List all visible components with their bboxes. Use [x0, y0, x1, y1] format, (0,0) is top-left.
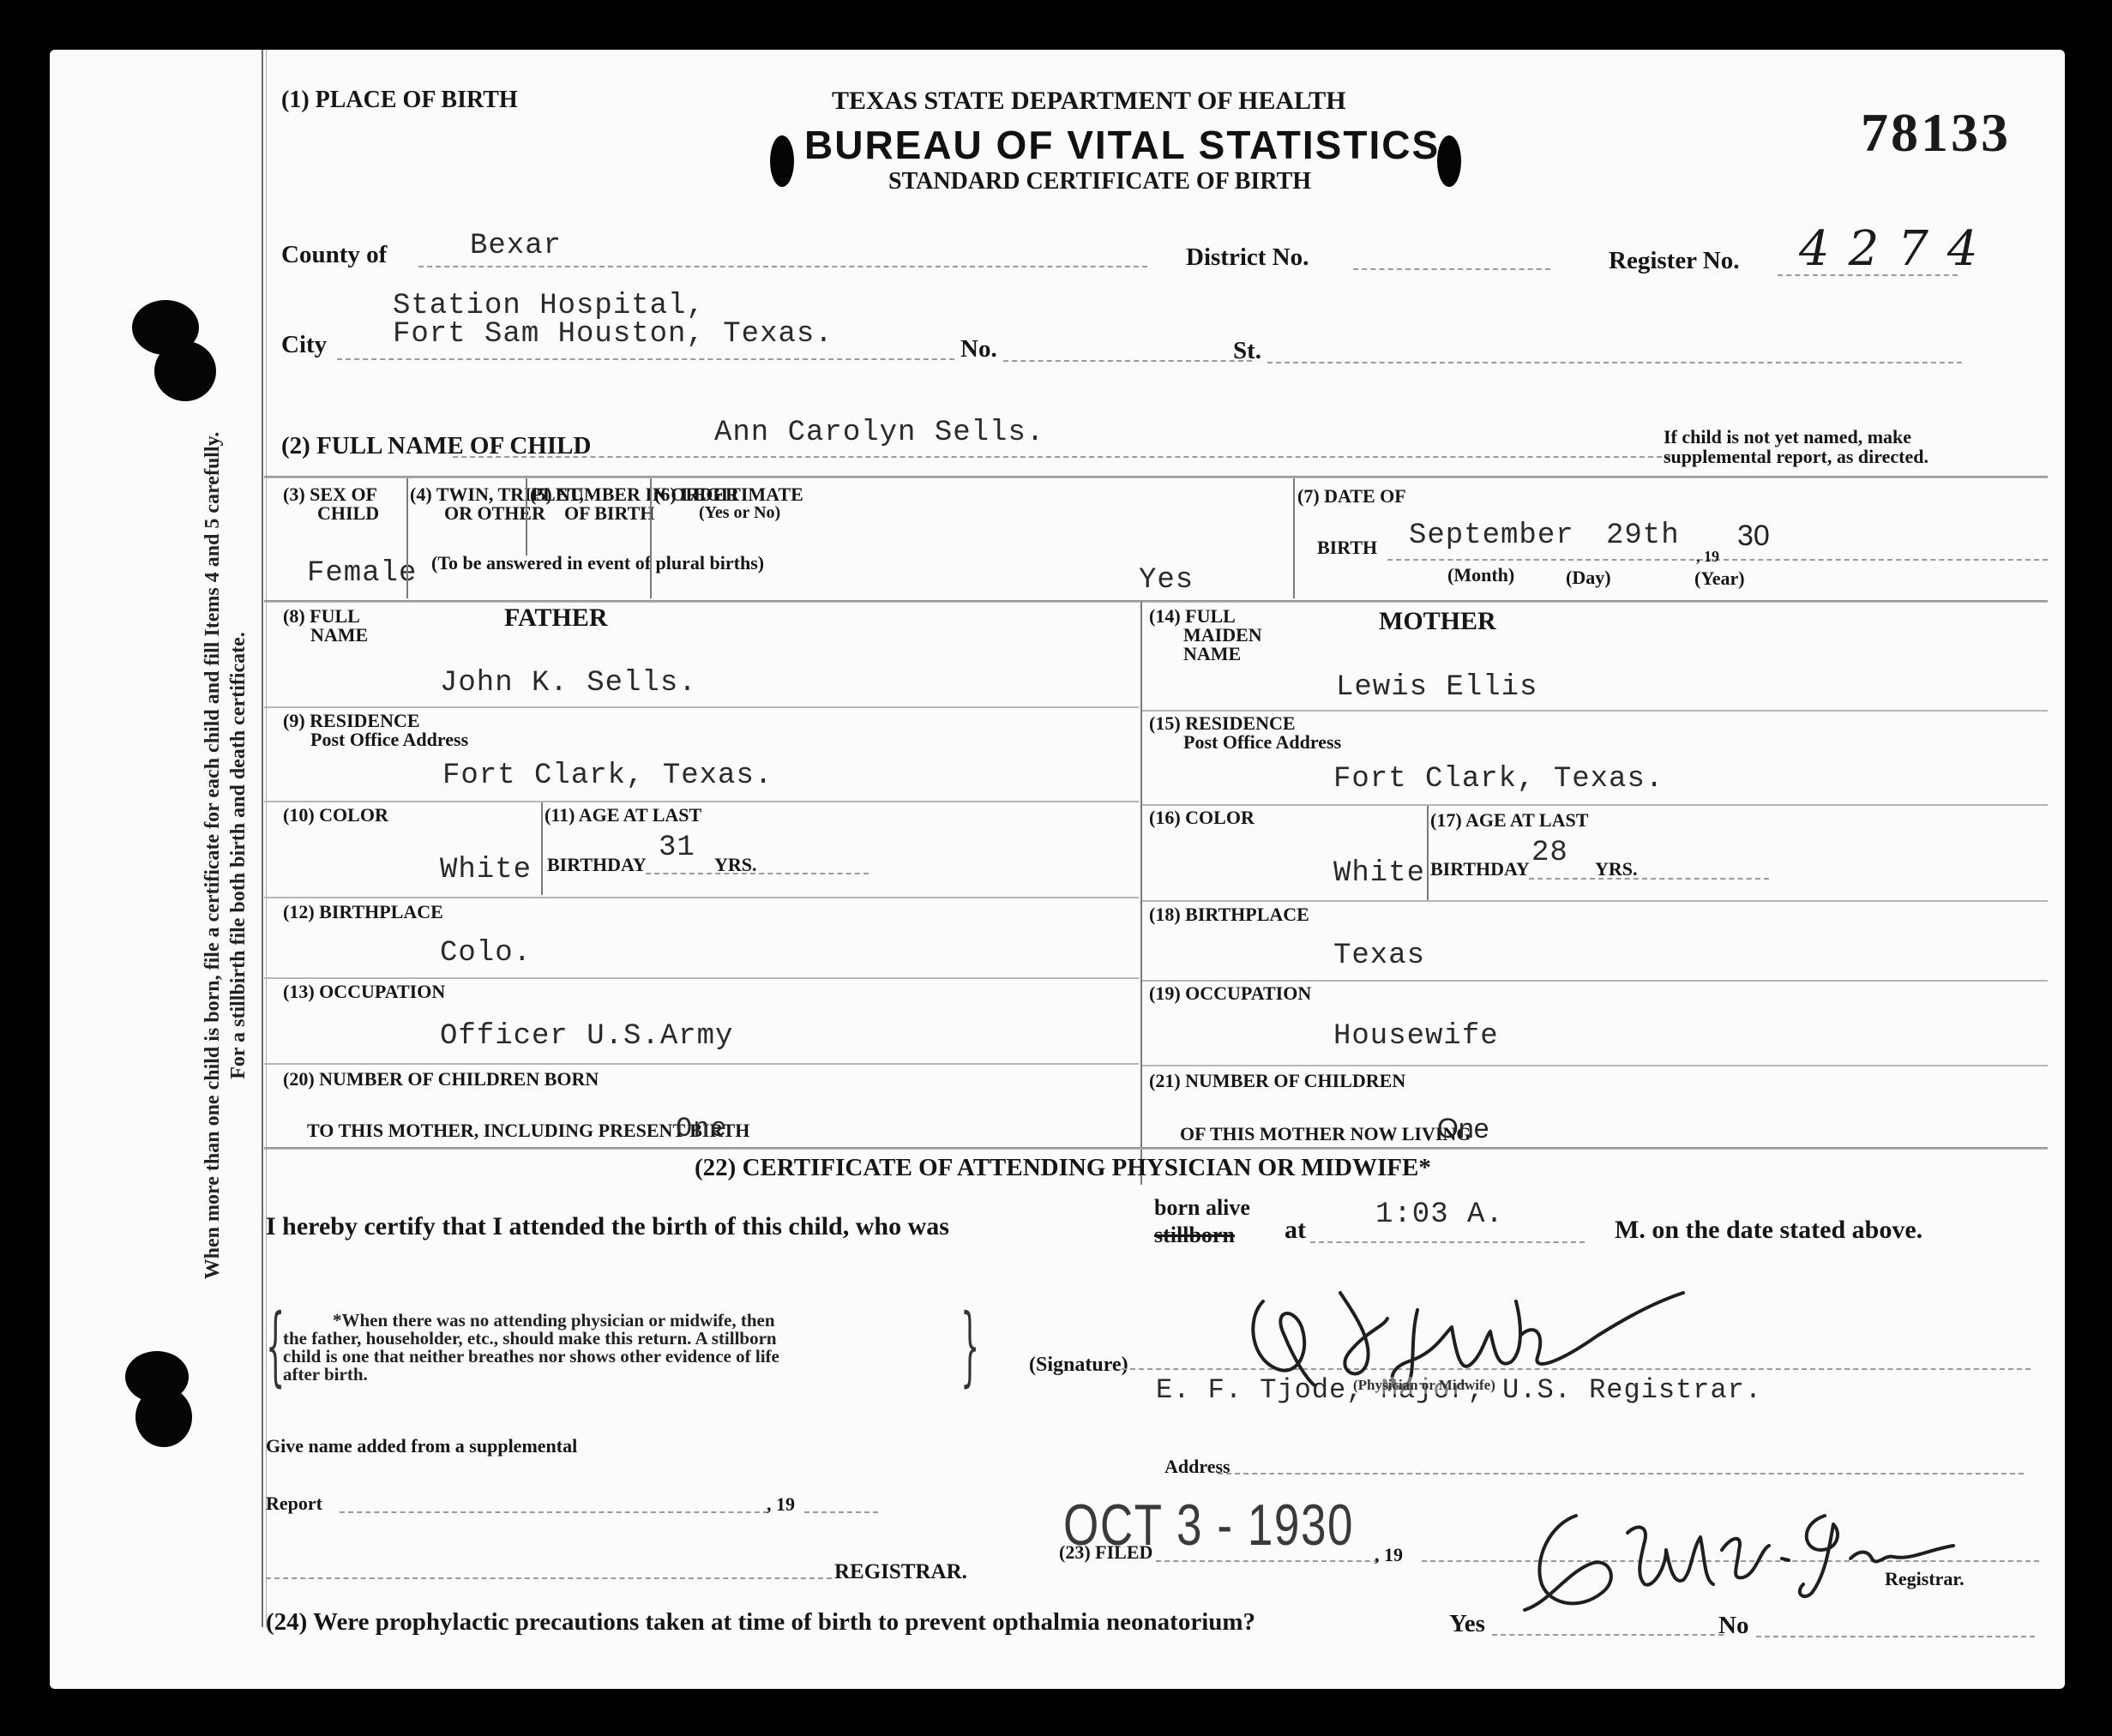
district-line — [1353, 268, 1550, 270]
number-line — [1003, 360, 1252, 362]
mother-birthplace-value: Texas — [1333, 940, 1425, 972]
prophylactic-no-label[interactable]: No — [1718, 1613, 1748, 1638]
mother-birthplace-label: (18) BIRTHPLACE — [1149, 905, 1309, 924]
children-living-value: One — [1437, 1113, 1489, 1144]
mother-birthplace-line — [1142, 980, 2048, 982]
mother-residence-line — [1142, 804, 2048, 806]
left-frame-line — [262, 50, 263, 1627]
father-age-value: 31 — [659, 832, 695, 864]
register-label: Register No. — [1609, 249, 1739, 273]
prophylactic-yes-line — [1492, 1634, 1724, 1636]
dob-month: September — [1409, 520, 1574, 552]
footnote-brace-right: } — [960, 1303, 979, 1389]
punch-hole-bottom-left-2 — [135, 1387, 192, 1447]
street-line — [1267, 362, 1962, 363]
rule-physician — [264, 1147, 2048, 1150]
father-color-line — [264, 897, 1139, 898]
mother-name-line — [1142, 710, 2048, 712]
child-name-label: (2) FULL NAME OF CHILD — [281, 434, 591, 459]
at-label: at — [1285, 1217, 1306, 1243]
county-value: Bexar — [470, 230, 562, 262]
children-born-label-1: (20) NUMBER OF CHILDREN BORN — [283, 1070, 599, 1089]
supplemental-label: Give name added from a supplemental — [266, 1437, 577, 1456]
birth-time-value: 1:03 A. — [1375, 1198, 1504, 1231]
legitimate-value: Yes — [1139, 564, 1194, 597]
legitimate-label: (6) LEGITIMATE (Yes or No) — [654, 485, 803, 521]
born-alive-option[interactable]: born alive — [1154, 1197, 1250, 1219]
father-birthplace-line — [264, 977, 1139, 979]
plural-births-note: (To be answered in event of plural birth… — [431, 554, 764, 573]
children-living-label-2: OF THIS MOTHER NOW LIVING — [1180, 1125, 1471, 1144]
father-residence-label: (9) RESIDENCE Post Office Address — [283, 712, 468, 749]
place-of-birth-label: (1) PLACE OF BIRTH — [281, 88, 518, 112]
father-color-value: White — [440, 854, 532, 886]
margin-note-line2: For a stillbirth file both birth and dea… — [226, 255, 251, 1456]
father-name-label: (8) FULL NAME — [283, 607, 368, 645]
children-living-label-1: (21) NUMBER OF CHILDREN — [1149, 1072, 1405, 1090]
city-value-line2: Fort Sam Houston, Texas. — [393, 318, 833, 351]
filed-line — [1156, 1560, 1379, 1562]
certificate-title: STANDARD CERTIFICATE OF BIRTH — [888, 170, 1311, 194]
mother-residence-value: Fort Clark, Texas. — [1333, 763, 1664, 796]
dob-year-prefix: , 19 — [1696, 549, 1719, 564]
father-age-unit: YRS. — [714, 856, 757, 874]
mother-color-line — [1142, 900, 2048, 902]
father-name-line — [264, 706, 1139, 708]
filed-label: (23) FILED — [1059, 1543, 1152, 1562]
father-birthplace-label: (12) BIRTHPLACE — [283, 903, 443, 922]
dob-year: 30 — [1737, 520, 1770, 553]
mother-age-label-1: (17) AGE AT LAST — [1430, 811, 1588, 830]
prophylactic-question: (24) Were prophylactic precautions taken… — [266, 1610, 1255, 1635]
dob-label-1: (7) DATE OF — [1297, 487, 1406, 506]
mother-occupation-label: (19) OCCUPATION — [1149, 984, 1311, 1003]
dob-day: 29th — [1606, 520, 1680, 552]
stillborn-option[interactable]: stillborn — [1154, 1224, 1235, 1246]
margin-note: When more than one child is born, file a… — [200, 255, 251, 1456]
certify-text: I hereby certify that I attended the bir… — [266, 1214, 949, 1240]
punch-hole-title-right — [1437, 135, 1461, 187]
mother-name-label: (14) FULL MAIDEN NAME — [1149, 607, 1262, 664]
department-title: TEXAS STATE DEPARTMENT OF HEALTH — [832, 88, 1346, 114]
father-heading: FATHER — [504, 605, 608, 631]
mother-age-label-2: BIRTHDAY — [1430, 860, 1530, 879]
father-occupation-line — [264, 1063, 1139, 1065]
mother-age-line — [1529, 878, 1769, 880]
bureau-title: BUREAU OF VITAL STATISTICS — [804, 122, 1440, 168]
physician-caption: (Physician or Midwife) — [1353, 1377, 1495, 1394]
county-label: County of — [281, 243, 387, 267]
footnote-brace-left: { — [266, 1303, 285, 1389]
sex-label: (3) SEX OF CHILD — [283, 485, 379, 523]
register-value: 4274 — [1799, 221, 1997, 277]
father-age-label-1: (11) AGE AT LAST — [545, 806, 701, 825]
sex-value: Female — [307, 557, 417, 590]
city-line — [337, 358, 954, 360]
prophylactic-yes-label[interactable]: Yes — [1449, 1612, 1485, 1637]
father-age-line — [646, 873, 869, 874]
father-birthplace-value: Colo. — [440, 937, 532, 970]
day-caption: (Day) — [1566, 568, 1611, 587]
divider-parents — [1140, 602, 1142, 1185]
child-name-value: Ann Carolyn Sells. — [714, 417, 1044, 449]
mother-color-value: White — [1333, 857, 1425, 890]
father-occupation-label: (13) OCCUPATION — [283, 982, 445, 1001]
supplemental-registrar-label: REGISTRAR. — [834, 1561, 967, 1583]
registrar-caption: Registrar. — [1885, 1570, 1965, 1589]
filed-year-prefix: , 19 — [1375, 1546, 1403, 1565]
father-residence-line — [264, 801, 1139, 802]
father-residence-value: Fort Clark, Texas. — [442, 760, 773, 792]
prophylactic-no-line — [1756, 1636, 2035, 1637]
report-year-prefix: , 19 — [767, 1495, 795, 1514]
street-label: St. — [1233, 339, 1261, 363]
registrar-signature — [1499, 1499, 1979, 1619]
report-label: Report — [266, 1494, 322, 1513]
rule-parents — [264, 600, 2048, 603]
county-line — [418, 266, 1147, 267]
district-label: District No. — [1186, 245, 1309, 270]
father-color-label: (10) COLOR — [283, 806, 388, 825]
divider-legit — [1293, 478, 1295, 598]
number-label: No. — [960, 337, 997, 362]
father-occupation-value: Officer U.S.Army — [440, 1020, 733, 1053]
mother-name-value: Lewis Ellis — [1336, 671, 1537, 704]
report-line — [340, 1511, 768, 1513]
punch-hole-title-left — [770, 135, 794, 187]
divider-order — [650, 478, 652, 598]
mother-occupation-line — [1142, 1065, 2048, 1066]
rule-top-boxes — [264, 476, 2048, 478]
divider-father-age — [541, 802, 543, 895]
footnote-text: *When there was no attending physician o… — [283, 1312, 960, 1384]
supplemental-registrar-line — [266, 1577, 832, 1579]
mother-residence-label: (15) RESIDENCE Post Office Address — [1149, 714, 1341, 752]
divider-twin — [526, 478, 527, 556]
father-age-label-2: BIRTHDAY — [547, 856, 647, 874]
divider-sex — [406, 478, 408, 598]
signature-label: (Signature) — [1029, 1355, 1128, 1375]
report-year-line — [804, 1511, 878, 1513]
physician-heading: (22) CERTIFICATE OF ATTENDING PHYSICIAN … — [695, 1156, 1431, 1180]
divider-mother-age — [1427, 806, 1429, 900]
time-suffix: M. on the date stated above. — [1615, 1217, 1922, 1243]
time-line — [1310, 1241, 1585, 1243]
children-born-value: One — [676, 1113, 728, 1144]
child-name-note: If child is not yet named, make suppleme… — [1664, 427, 1928, 466]
address-line — [1218, 1473, 2024, 1475]
father-name-value: John K. Sells. — [440, 667, 697, 700]
dob-label-2: BIRTH — [1317, 538, 1377, 557]
month-caption: (Month) — [1447, 566, 1514, 585]
mother-heading: MOTHER — [1379, 609, 1496, 634]
child-name-line — [453, 456, 1670, 458]
mother-occupation-value: Housewife — [1333, 1020, 1499, 1053]
mother-age-value: 28 — [1531, 837, 1568, 869]
city-label: City — [281, 333, 327, 357]
mother-color-label: (16) COLOR — [1149, 808, 1255, 827]
birth-certificate: When more than one child is born, file a… — [50, 50, 2065, 1689]
mother-age-unit: YRS. — [1595, 860, 1638, 879]
margin-note-line1: When more than one child is born, file a… — [200, 255, 226, 1456]
certificate-number: 78133 — [1861, 101, 2011, 165]
year-caption: (Year) — [1694, 569, 1745, 588]
